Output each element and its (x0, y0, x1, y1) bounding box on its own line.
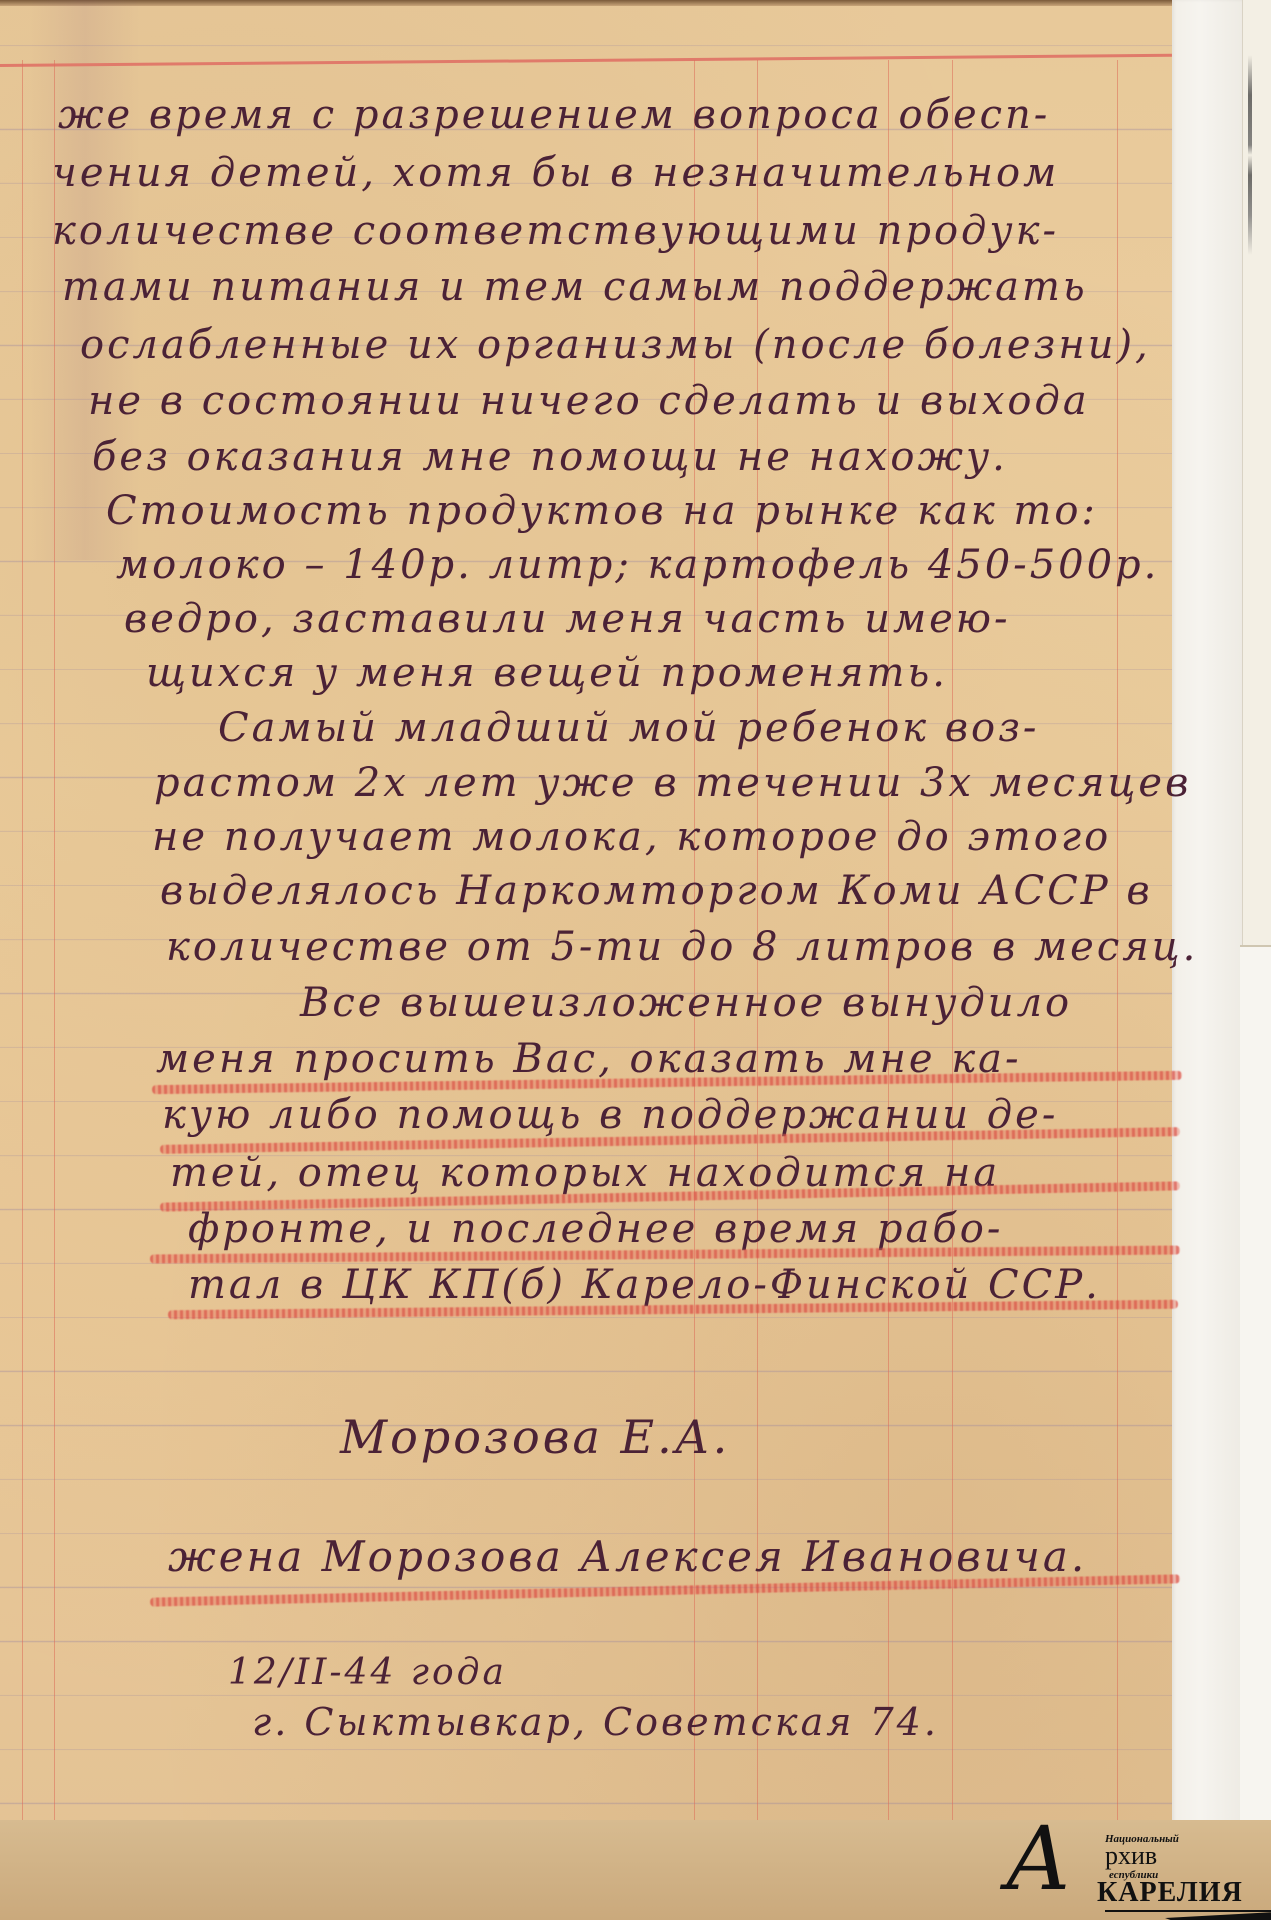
letter-line: молоко – 140р. литр; картофель 450-500р. (116, 542, 1159, 588)
letter-line: чения детей, хотя бы в незначительном (52, 150, 1059, 196)
letter-line: ослабленные их организмы (после болезни)… (80, 322, 1151, 368)
letter-line: не получает молока, которое до этого (152, 814, 1111, 860)
letter-line: выделялось Наркомторгом Коми АССР в (160, 868, 1153, 914)
letter-line: щихся у меня вещей променять. (146, 650, 948, 696)
letter-line: Самый младший мой ребенок воз- (218, 705, 1039, 751)
logo-monogram: А (1005, 1815, 1072, 1903)
logo-line-4: КАРЕЛИЯ (1097, 1877, 1243, 1909)
signature-note: жена Морозова Алексея Ивановича. (168, 1532, 1087, 1581)
ruled-column-line (54, 60, 55, 1920)
letter-line: Все вышеизложенное вынудило (300, 980, 1072, 1026)
letter-line: Стоимость продуктов на рынке как то: (106, 488, 1098, 534)
signature: Морозова Е.А. (340, 1410, 730, 1464)
letter-line: ведро, заставили меня часть имею- (124, 596, 1011, 642)
letter-line: тами питания и тем самым поддержать (62, 264, 1088, 310)
letter-line: без оказания мне помощи не нахожу. (92, 434, 1008, 480)
letter-line: количестве соответствующими продук- (52, 208, 1059, 254)
next-page-edge-lower (1240, 945, 1271, 1882)
archive-logo: А Национальный рхив еспублики КАРЕЛИЯ (1005, 1815, 1271, 1920)
date: 12/II-44 года (228, 1652, 507, 1693)
letter-line: не в состоянии ничего сделать и выхода (88, 378, 1090, 424)
letter-line: количестве от 5-ти до 8 литров в месяц. (166, 924, 1198, 970)
logo-line-2: рхив (1105, 1841, 1157, 1871)
letter-line: растом 2х лет уже в течении 3х месяцев (154, 760, 1191, 806)
ruled-column-line (22, 60, 23, 1920)
letter-line: же время с разрешением вопроса обесп- (58, 92, 1050, 138)
logo-rule (1105, 1910, 1271, 1912)
letter-line: фронте, и последнее время рабо- (188, 1206, 1003, 1252)
address: г. Сыктывкар, Советская 74. (252, 1700, 939, 1744)
quill-icon (1165, 1912, 1271, 1920)
pencil-mark (1248, 55, 1252, 255)
